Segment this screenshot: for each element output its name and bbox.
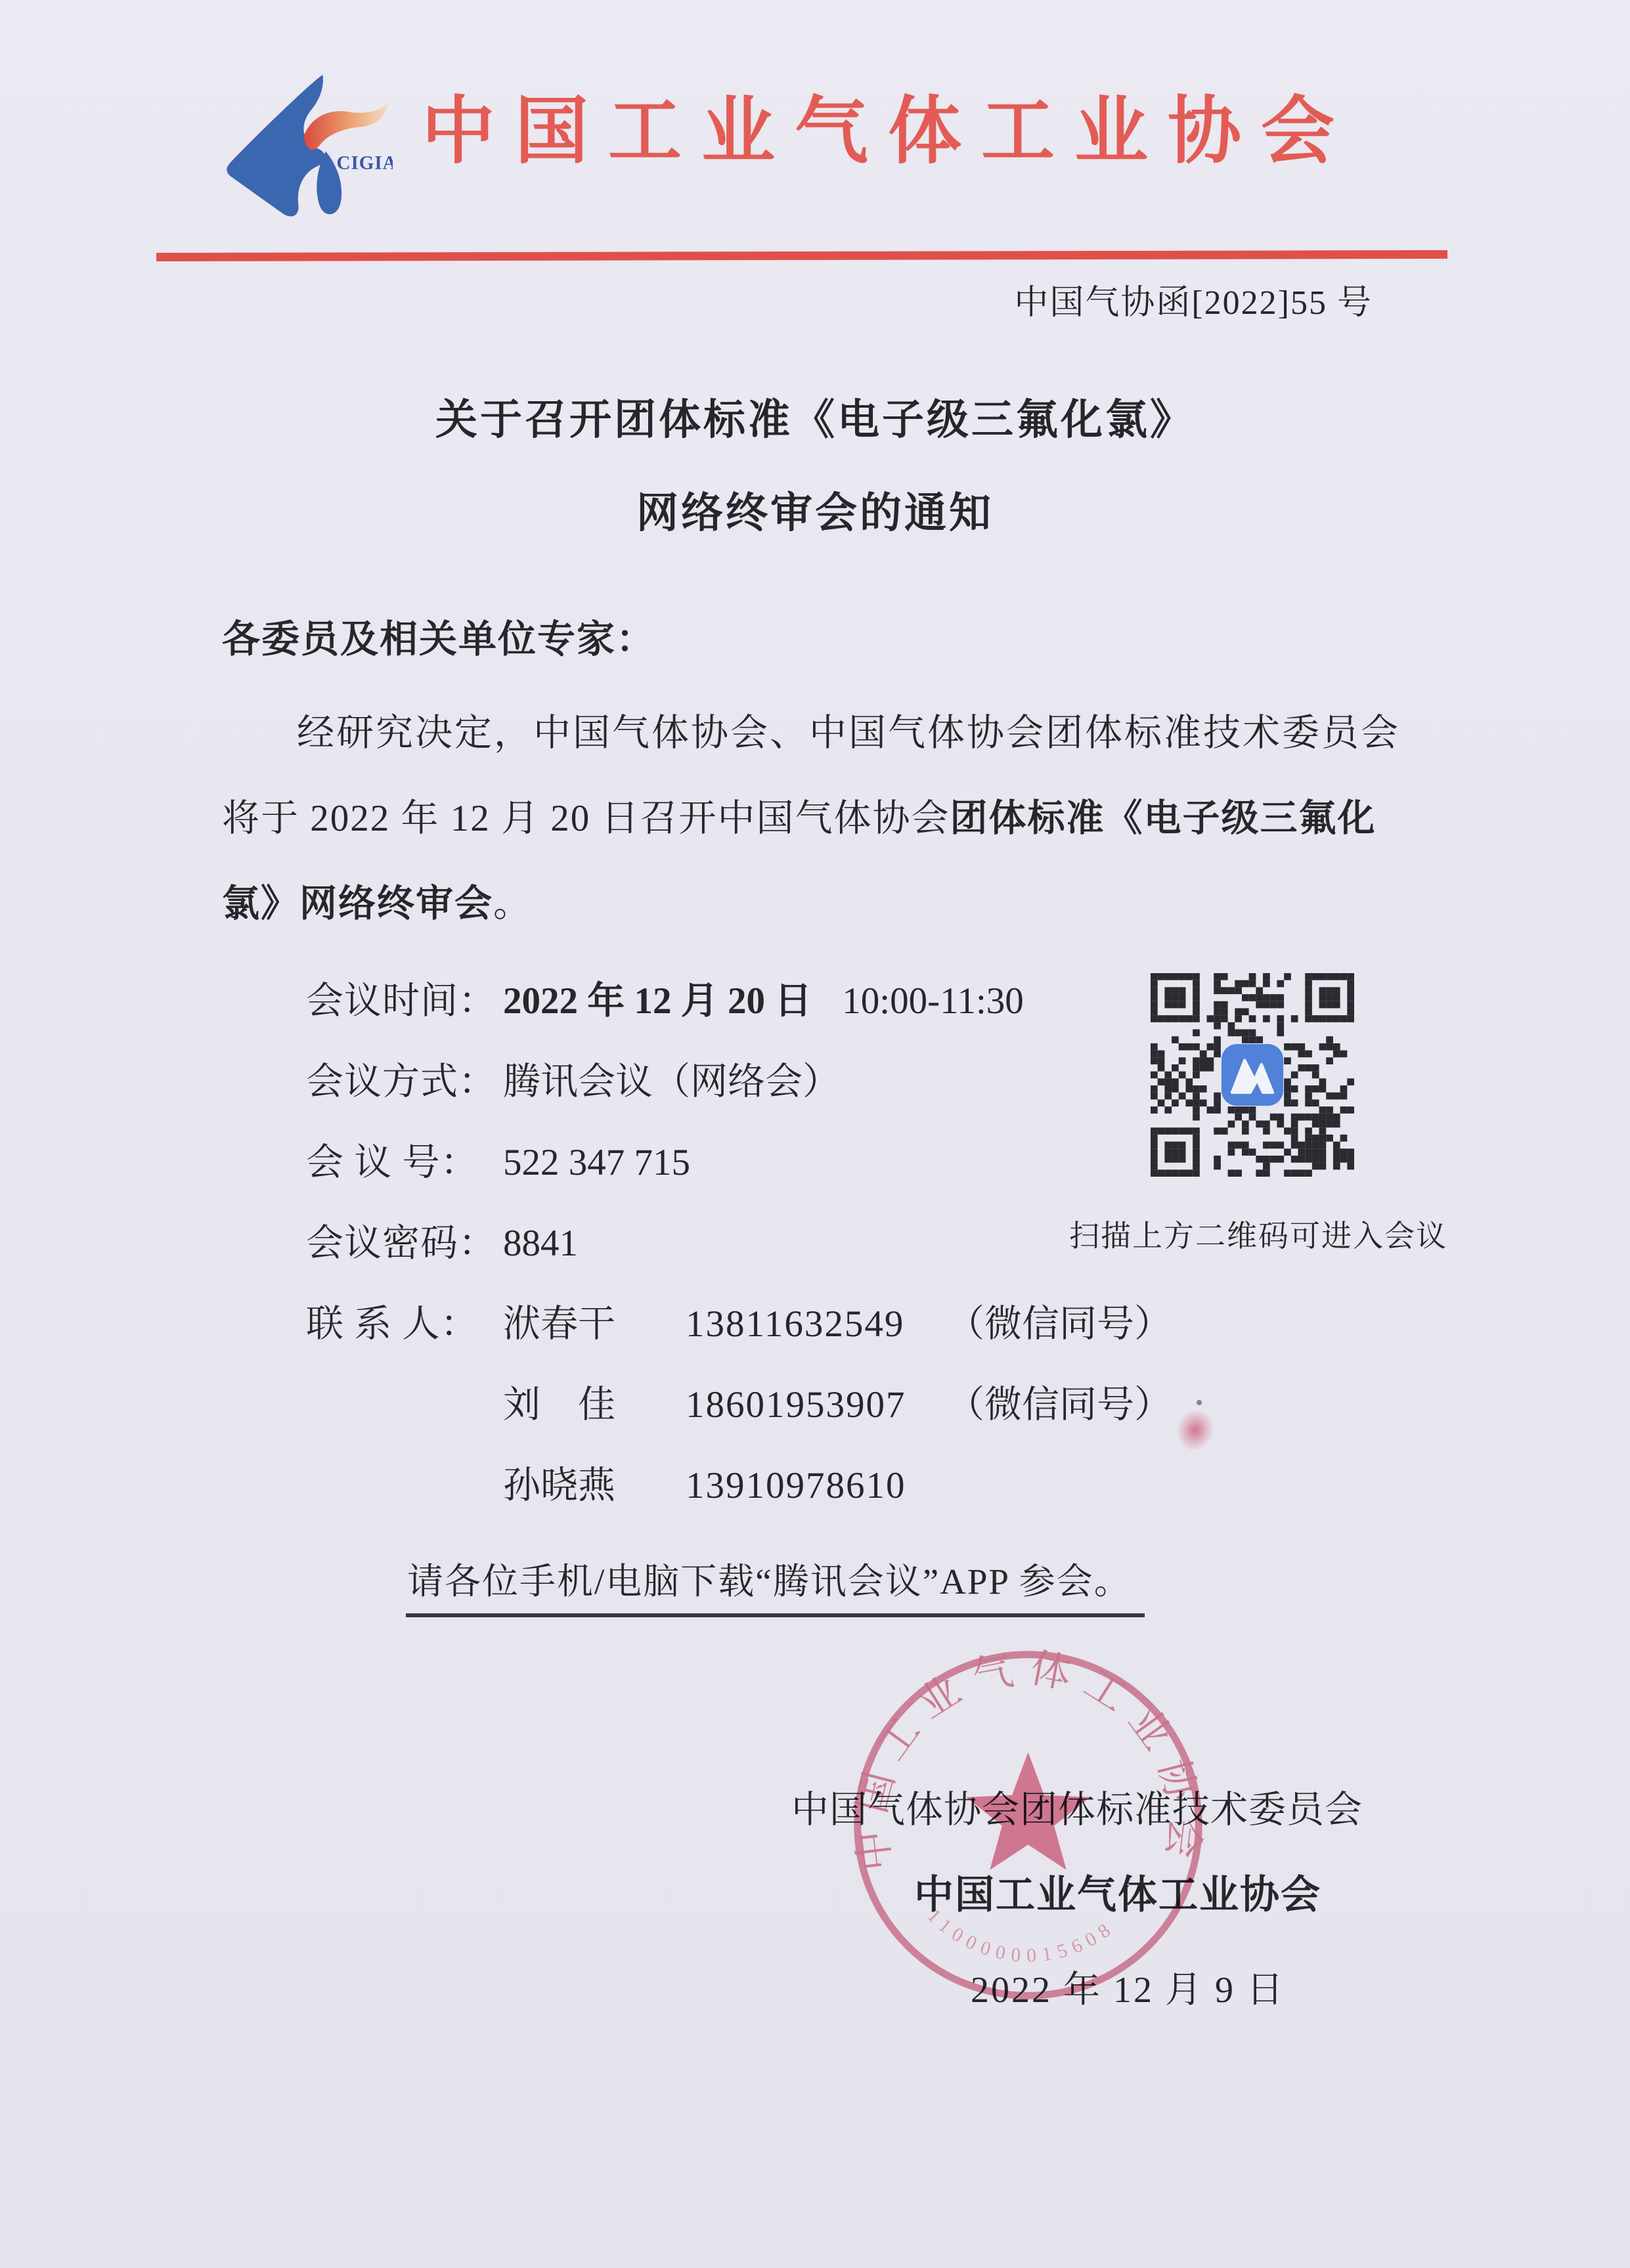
seal-star: [966, 1752, 1090, 1869]
meeting-method-row: 会议方式： 腾讯会议（网络会）: [306, 1051, 1291, 1132]
logo-flame: [303, 103, 387, 150]
paragraph-line3-bold: 氯》网络终审会: [222, 883, 493, 925]
meeting-password-value: 8841: [503, 1222, 578, 1265]
contact-name: 刘 佳: [503, 1374, 686, 1428]
contact-note: （微信同号）: [947, 1374, 1172, 1428]
cigia-logo: CIGIA: [217, 74, 393, 223]
contact-phone: 13910978610: [686, 1464, 947, 1507]
download-app-instruction: 请各位手机/电脑下载“腾讯会议”APP 参会。: [406, 1552, 1145, 1617]
seal-code: 1100000015608: [923, 1905, 1120, 1967]
contact-row-3: 孙晓燕 13910978610: [306, 1455, 1291, 1536]
contact-row-1: 联 系 人： 洑春干 13811632549 （微信同号）: [306, 1294, 1291, 1374]
paragraph-line2-bold: 团体标准《电子级三氟化: [950, 798, 1377, 839]
meeting-method-label: 会议方式：: [306, 1051, 503, 1105]
meeting-time-row: 会议时间： 2022 年 12 月 20 日10:00-11:30: [306, 970, 1291, 1051]
paragraph-line1: 经研究决定，中国气体协会、中国气体协会团体标准技术委员会: [297, 703, 1400, 756]
meeting-id-value: 522 347 715: [503, 1141, 690, 1184]
contact-row-2: 刘 佳 18601953907 （微信同号）: [306, 1374, 1291, 1455]
contact-phone: 13811632549: [686, 1303, 947, 1345]
contact-label: 联 系 人：: [306, 1294, 503, 1347]
qr-caption: 扫描上方二维码可进入会议: [1069, 1212, 1447, 1255]
logo-acronym-text: CIGIA: [337, 153, 393, 174]
doc-reference-number: 中国气协函[2022]55 号: [1014, 274, 1373, 324]
contact-note: （微信同号）: [947, 1294, 1172, 1347]
contact-name: 洑春干: [503, 1294, 686, 1347]
official-seal-stamp: 中国工业气体工业协会 1100000015608: [839, 1636, 1217, 2014]
qr-code: [1151, 973, 1354, 1177]
meeting-time-label: 会议时间：: [306, 970, 503, 1024]
scanned-notice-document: CIGIA 中国工业气体工业协会 中国气协函[2022]55 号 关于召开团体标…: [0, 0, 1630, 2268]
meeting-hours: 10:00-11:30: [842, 980, 1024, 1022]
doc-title-line1: 关于召开团体标准《电子级三氟化氯》: [0, 386, 1630, 447]
paragraph-line2-regular: 将于 2022 年 12 月 20 日召开中国气体协会: [222, 798, 950, 839]
salutation: 各委员及相关单位专家：: [222, 608, 655, 663]
meeting-id-label: 会 议 号：: [306, 1132, 503, 1186]
ink-speck: [1197, 1400, 1202, 1405]
contact-name: 孙晓燕: [503, 1455, 686, 1509]
paragraph-line3-period: 。: [493, 883, 532, 925]
red-divider-line: [156, 250, 1447, 261]
meeting-time-value: 2022 年 12 月 20 日10:00-11:30: [503, 970, 1024, 1024]
doc-title-line2: 网络终审会的通知: [0, 479, 1630, 540]
contact-phone: 18601953907: [686, 1384, 947, 1426]
paragraph-line2: 将于 2022 年 12 月 20 日召开中国气体协会团体标准《电子级三氟化: [222, 788, 1377, 842]
paragraph-line3: 氯》网络终审会。: [222, 873, 532, 927]
meeting-password-label: 会议密码：: [306, 1213, 503, 1267]
meeting-id-row: 会 议 号： 522 347 715: [306, 1132, 1291, 1213]
org-name-header: 中国工业气体工业协会: [422, 88, 1354, 176]
meeting-method-value: 腾讯会议（网络会）: [503, 1051, 840, 1105]
meeting-date: 2022 年 12 月 20 日: [503, 980, 812, 1022]
